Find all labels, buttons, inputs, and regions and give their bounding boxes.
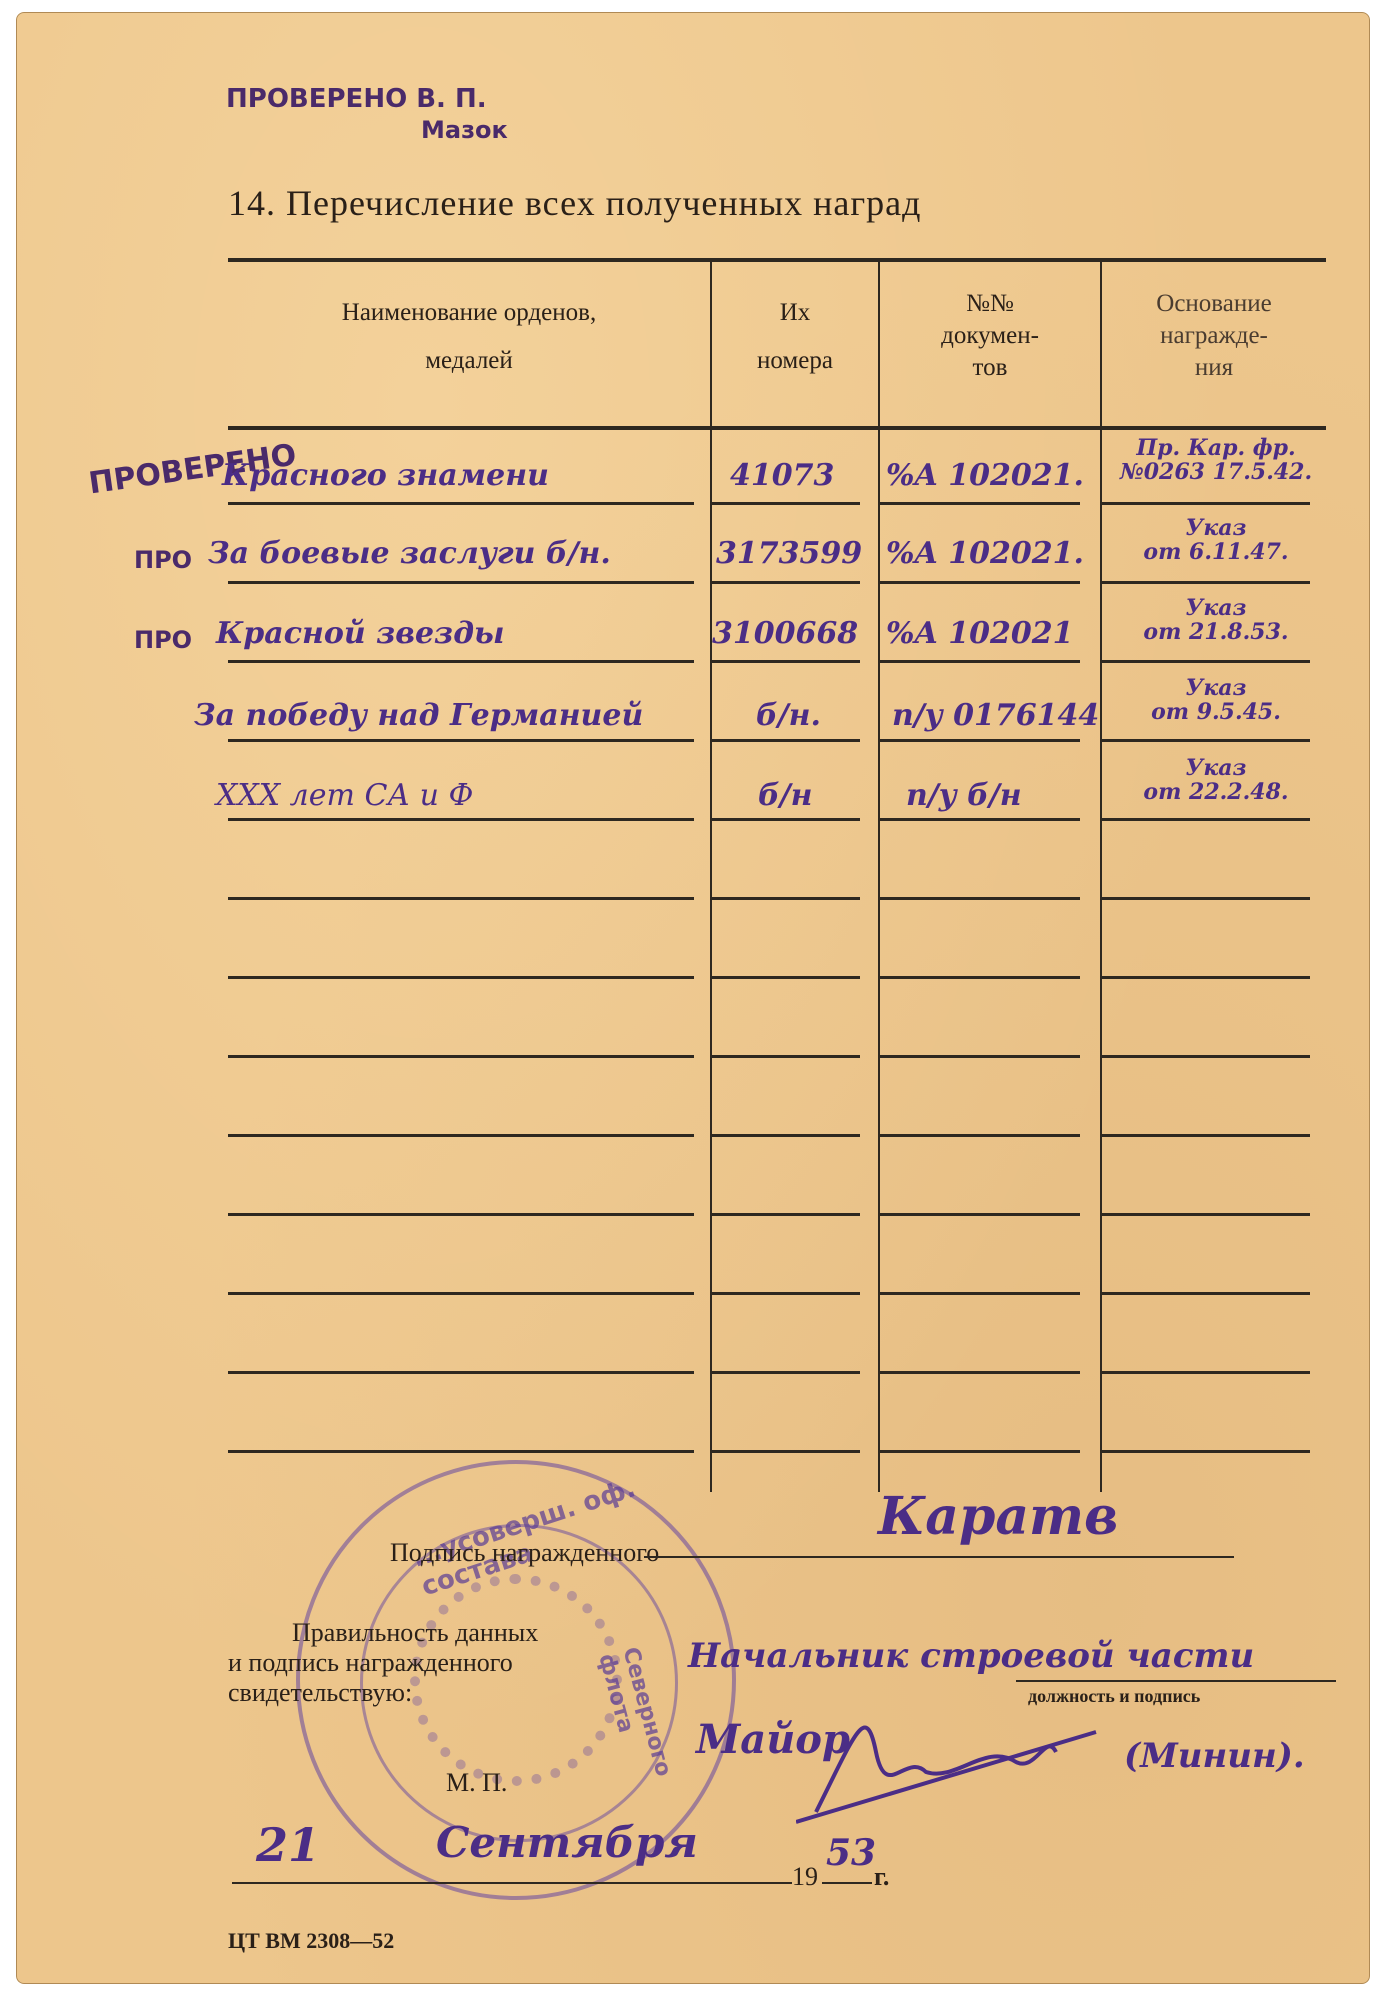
award-number: б/н. [756,698,821,733]
basis-line: от 9.5.45. [1106,700,1326,724]
row-underline [880,502,1080,505]
year-line [822,1882,872,1884]
recipient-signature-label: Подпись награжденного [390,1538,659,1568]
header-line: ния [1102,352,1326,384]
row-underline [228,976,694,979]
officer-signature-scribble [796,1692,1136,1832]
row-underline [1102,739,1310,742]
row-underline [712,1055,860,1058]
row-underline [1102,976,1310,979]
award-document: %A 102021. [886,458,1084,493]
officer-name: (Минин). [1124,1736,1305,1776]
basis-line: №0263 17.5.42. [1106,460,1326,484]
certify-line1: Правильность данных [292,1618,538,1648]
basis-line: от 6.11.47. [1106,540,1326,564]
date-day: 21 [256,1818,320,1872]
row-underline [712,581,860,584]
row-underline [880,660,1080,663]
award-number: б/н [758,778,813,813]
basis-line: Указ [1106,596,1326,620]
verified-stamp-line1: ПРОВЕРЕНО В. П. [226,84,487,114]
award-document: п/у 0176144 [892,698,1099,733]
award-basis: Указ от 9.5.45. [1106,676,1326,724]
row-underline [880,739,1080,742]
row-underline [228,897,694,900]
verified-stamp-line2: Мазок [421,116,508,144]
row-underline [1102,581,1310,584]
row-underline [1102,1450,1310,1453]
table-top-rule [228,258,1326,262]
award-document: п/у б/н [906,778,1022,813]
row-underline [1102,660,1310,663]
row-underline [712,1292,860,1295]
row-underline [880,897,1080,900]
award-document: %A 102021 [886,616,1073,651]
basis-line: Указ [1106,516,1326,540]
row-underline [880,581,1080,584]
award-name: За победу над Германией [194,698,643,733]
row-underline [880,976,1080,979]
row-underline [228,1134,694,1137]
row-underline [228,1371,694,1374]
award-basis: Указ от 22.2.48. [1106,756,1326,804]
header-line: номера [712,344,878,378]
row-underline [712,1371,860,1374]
row-underline [1102,1371,1310,1374]
award-document: %A 102021. [886,536,1084,571]
award-name: Красного знамени [222,458,549,493]
row-underline [880,1371,1080,1374]
header-line: Их [712,296,878,330]
date-month: Сентября [436,1818,698,1867]
header-line: докумен- [880,320,1100,352]
column-header-numbers: Их номера [712,296,878,378]
row-underline [712,1134,860,1137]
row-underline [712,739,860,742]
print-code: ЦТ ВМ 2308—52 [228,1928,394,1954]
date-year-unit: г. [874,1862,889,1892]
row-underline [228,739,694,742]
header-line: тов [880,352,1100,384]
column-divider-2 [878,262,880,1492]
row-underline [1102,1292,1310,1295]
award-name: За боевые заслуги б/н. [208,536,611,571]
row-underline [880,1450,1080,1453]
award-basis: Указ от 21.8.53. [1106,596,1326,644]
section-title: 14. Перечисление всех полученных наград [228,182,921,224]
position-signature-line [1016,1680,1336,1682]
header-line: Наименование орденов, [228,296,710,330]
award-basis: Указ от 6.11.47. [1106,516,1326,564]
award-number: 41073 [730,458,834,493]
row-underline [880,1292,1080,1295]
column-header-basis: Основание награжде- ния [1102,288,1326,384]
row-underline [1102,1134,1310,1137]
basis-line: Указ [1106,756,1326,780]
basis-line: от 21.8.53. [1106,620,1326,644]
row-underline [1102,897,1310,900]
row-underline [712,660,860,663]
row-underline [1102,1213,1310,1216]
date-year-prefix: 19 [792,1862,818,1892]
seal-place-label: М. П. [446,1768,507,1798]
row-underline [712,502,860,505]
header-line: награжде- [1102,320,1326,352]
certify-line2: и подпись награжденного [228,1648,513,1678]
row-stamp: ПРО [134,546,192,574]
recipient-signature: Каратв [878,1486,1118,1547]
award-basis: Пр. Кар. фр. №0263 17.5.42. [1106,436,1326,484]
row-underline [880,1134,1080,1137]
row-underline [1102,818,1310,821]
row-underline [1102,1055,1310,1058]
header-line: №№ [880,288,1100,320]
certify-line3: свидетельствую: [228,1678,412,1708]
row-underline [228,1450,694,1453]
row-underline [1102,502,1310,505]
header-line: медалей [228,344,710,378]
row-underline [880,1055,1080,1058]
date-year-suffix: 53 [826,1832,876,1874]
row-underline [228,1055,694,1058]
basis-line: от 22.2.48. [1106,780,1326,804]
row-underline [880,818,1080,821]
recipient-signature-line [644,1556,1234,1558]
basis-line: Пр. Кар. фр. [1106,436,1326,460]
column-divider-3 [1100,262,1102,1492]
column-divider-1 [710,262,712,1492]
award-number: 3100668 [712,616,858,651]
row-stamp: ПРО [134,626,192,654]
award-name: Красной звезды [216,616,505,651]
row-underline [880,1213,1080,1216]
ussr-emblem-icon [410,1574,622,1786]
header-line: Основание [1102,288,1326,320]
row-underline [228,502,694,505]
table-header-rule [228,426,1326,430]
date-line [232,1882,792,1884]
row-underline [228,1213,694,1216]
award-number: 3173599 [716,536,862,571]
officer-position: Начальник строевой части [688,1636,1254,1676]
row-underline [712,1213,860,1216]
row-underline [228,1292,694,1295]
row-underline [228,818,694,821]
basis-line: Указ [1106,676,1326,700]
award-name: XXX лет СА и Ф [216,778,473,813]
row-underline [712,818,860,821]
column-header-award-name: Наименование орденов, медалей [228,296,710,378]
award-record-page: ПРОВЕРЕНО В. П. Мазок 14. Перечисление в… [16,12,1370,1984]
row-underline [712,976,860,979]
row-underline [228,581,694,584]
row-underline [228,660,694,663]
row-underline [712,1450,860,1453]
column-header-documents: №№ докумен- тов [880,288,1100,384]
row-underline [712,897,860,900]
